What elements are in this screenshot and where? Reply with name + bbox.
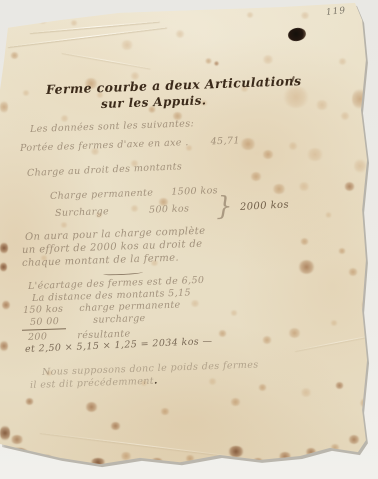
fold-crease [62,52,151,69]
text-line-portee: Portée des fermes d'axe en axe .45,71 [20,135,240,154]
sum1-label: charge permanente [79,299,181,314]
sum-brace: } [215,191,233,222]
paper-sheet: 119 Ferme courbe a deux Articulations su… [0,0,378,479]
text-line-charge-permanente: Charge permanente1500 kos [50,185,218,202]
sum3-value: 200 [28,331,48,343]
surcharge-label: Surcharge [55,206,109,219]
note-end-dot: . [154,376,158,387]
surcharge-value: 500 kos [149,203,190,215]
page-number: 119 [325,6,346,18]
fold-crease [8,27,167,47]
text-line-surcharge: Surcharge500 kos [55,203,190,219]
ink-blot [287,27,307,43]
portee-value: 45,71 [210,135,240,147]
sum-row-2: 50 00surcharge [30,313,146,328]
portee-label: Portée des fermes d'axe en axe . [20,137,189,154]
sum2-value: 50 00 [30,316,60,328]
document-title-line1: Ferme courbe a deux Articulations [46,73,302,97]
text-line-donnees: Les données sont les suivantes: [30,118,195,135]
scanned-manuscript-page: 119 Ferme courbe a deux Articulations su… [0,0,378,479]
sum1-value: 150 kos [23,304,64,316]
underline-flourish [103,270,143,275]
total-charge-value: 2000 kos [240,199,290,213]
charge-permanente-label: Charge permanente [50,187,154,202]
document-title-line2: sur les Appuis. [101,93,207,111]
note-line2: il est dit précédemment. [30,376,158,391]
sum2-label: surcharge [93,313,146,326]
charge-permanente-value: 1500 kos [171,185,218,198]
text-line-charge-droit: Charge au droit des montants [27,161,183,179]
fold-crease [30,21,160,33]
fold-crease [40,432,249,459]
note-line2-text: il est dit précédemment [30,376,154,391]
